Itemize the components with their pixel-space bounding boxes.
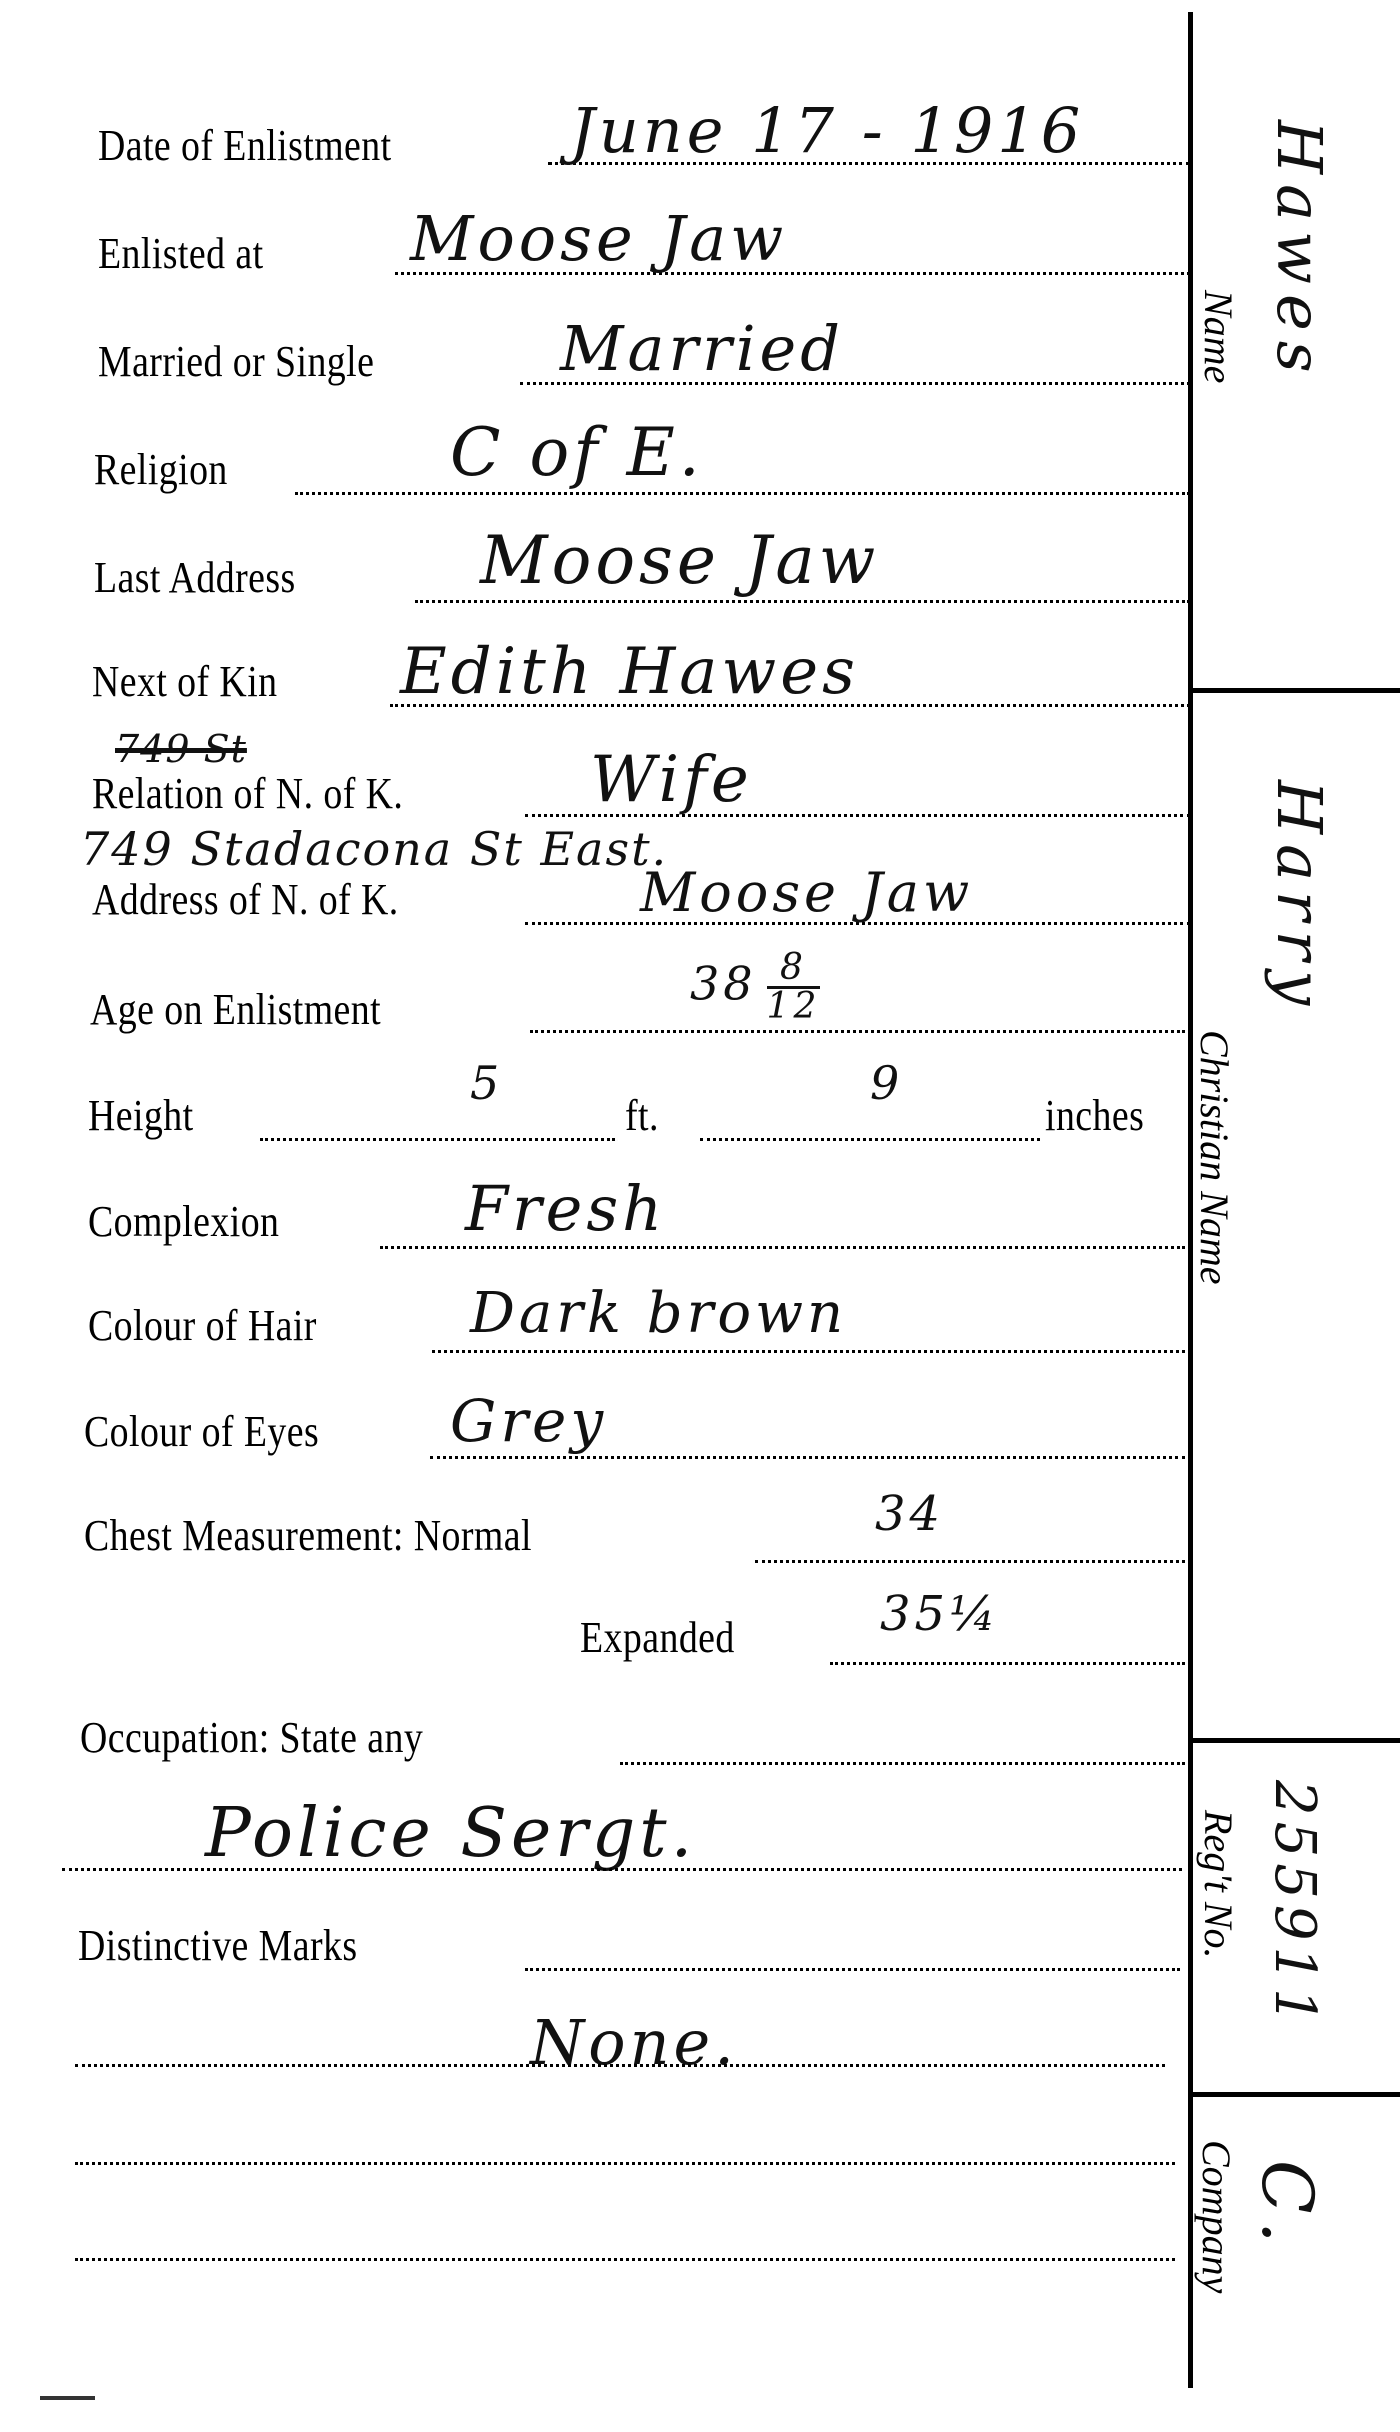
- dotted-line: [432, 1350, 1185, 1353]
- dotted-line: [75, 2258, 1175, 2261]
- side-value-regt-no: 255911: [1266, 1780, 1322, 2030]
- value-height-inches: 9: [870, 1060, 903, 1106]
- dotted-line: [75, 2064, 1165, 2067]
- label-height: Height: [88, 1094, 194, 1138]
- value-chest-expanded: 35¼: [880, 1590, 1000, 1638]
- label-complexion: Complexion: [88, 1200, 279, 1244]
- label-address-of-nok: Address of N. of K.: [92, 878, 399, 922]
- value-next-of-kin: Edith Hawes: [400, 640, 859, 704]
- value-enlisted-at: Moose Jaw: [410, 208, 787, 270]
- label-married-or-single: Married or Single: [98, 340, 374, 384]
- struck-annotation: 749 St: [115, 730, 247, 768]
- value-address-of-nok: Moose Jaw: [640, 866, 973, 920]
- value-colour-of-hair: Dark brown: [470, 1286, 847, 1342]
- printer-mark: [40, 2396, 95, 2400]
- label-date-of-enlistment: Date of Enlistment: [98, 124, 392, 168]
- value-chest-normal: 34: [875, 1490, 944, 1538]
- value-age-on-enlistment: 38812: [690, 950, 820, 1025]
- label-occupation: Occupation: State any: [80, 1716, 423, 1760]
- value-religion: C of E.: [450, 420, 704, 486]
- value-married-or-single: Married: [560, 318, 844, 380]
- attestation-card: Date of Enlistment June 17 - 1916 Enlist…: [0, 0, 1400, 2432]
- label-chest-normal: Chest Measurement: Normal: [84, 1514, 532, 1558]
- label-colour-of-eyes: Colour of Eyes: [84, 1410, 319, 1454]
- dotted-line: [525, 1968, 1180, 1971]
- side-value-surname: Hawes: [1268, 120, 1330, 383]
- dotted-line: [380, 1246, 1185, 1249]
- value-complexion: Fresh: [465, 1178, 666, 1240]
- value-date-of-enlistment: June 17 - 1916: [570, 100, 1084, 162]
- dotted-line: [295, 492, 1190, 495]
- dotted-line: [620, 1762, 1185, 1765]
- label-next-of-kin: Next of Kin: [92, 660, 277, 704]
- dotted-line: [530, 1030, 1185, 1033]
- dotted-line: [700, 1138, 1040, 1141]
- age-months-fraction: 812: [767, 950, 821, 1025]
- side-section-divider: [1192, 688, 1400, 693]
- value-relation-of-nok: Wife: [590, 748, 753, 812]
- dotted-line: [62, 1868, 1182, 1871]
- label-colour-of-hair: Colour of Hair: [88, 1304, 317, 1348]
- side-label-name: Name: [1198, 290, 1238, 383]
- dotted-line: [755, 1560, 1185, 1563]
- value-height-feet: 5: [470, 1060, 503, 1106]
- label-ft: ft.: [625, 1094, 659, 1138]
- side-label-christian-name: Christian Name: [1194, 1030, 1234, 1284]
- label-age-on-enlistment: Age on Enlistment: [90, 988, 381, 1032]
- value-colour-of-eyes: Grey: [450, 1392, 607, 1450]
- annotation-nok-street: 749 Stadacona St East.: [80, 826, 668, 872]
- dotted-line: [75, 2162, 1175, 2165]
- side-value-company: C.: [1252, 2160, 1322, 2253]
- age-years: 38: [690, 957, 757, 1011]
- label-relation-of-nok: Relation of N. of K.: [92, 772, 403, 816]
- dotted-line: [415, 600, 1190, 603]
- side-section-divider: [1192, 2092, 1400, 2097]
- dotted-line: [830, 1662, 1185, 1665]
- value-last-address: Moose Jaw: [480, 528, 879, 594]
- side-label-regt-no: Reg't No.: [1198, 1810, 1238, 1959]
- label-religion: Religion: [94, 448, 228, 492]
- dotted-line: [430, 1456, 1185, 1459]
- label-last-address: Last Address: [94, 556, 296, 600]
- side-label-company: Company: [1196, 2140, 1236, 2293]
- label-inches: inches: [1045, 1094, 1144, 1138]
- label-enlisted-at: Enlisted at: [98, 232, 264, 276]
- side-value-christian-name: Harry: [1268, 780, 1330, 1015]
- value-occupation: Police Sergt.: [205, 1800, 696, 1868]
- dotted-line: [260, 1138, 615, 1141]
- label-distinctive-marks: Distinctive Marks: [78, 1924, 358, 1968]
- label-chest-expanded: Expanded: [580, 1616, 735, 1660]
- side-section-divider: [1192, 1738, 1400, 1743]
